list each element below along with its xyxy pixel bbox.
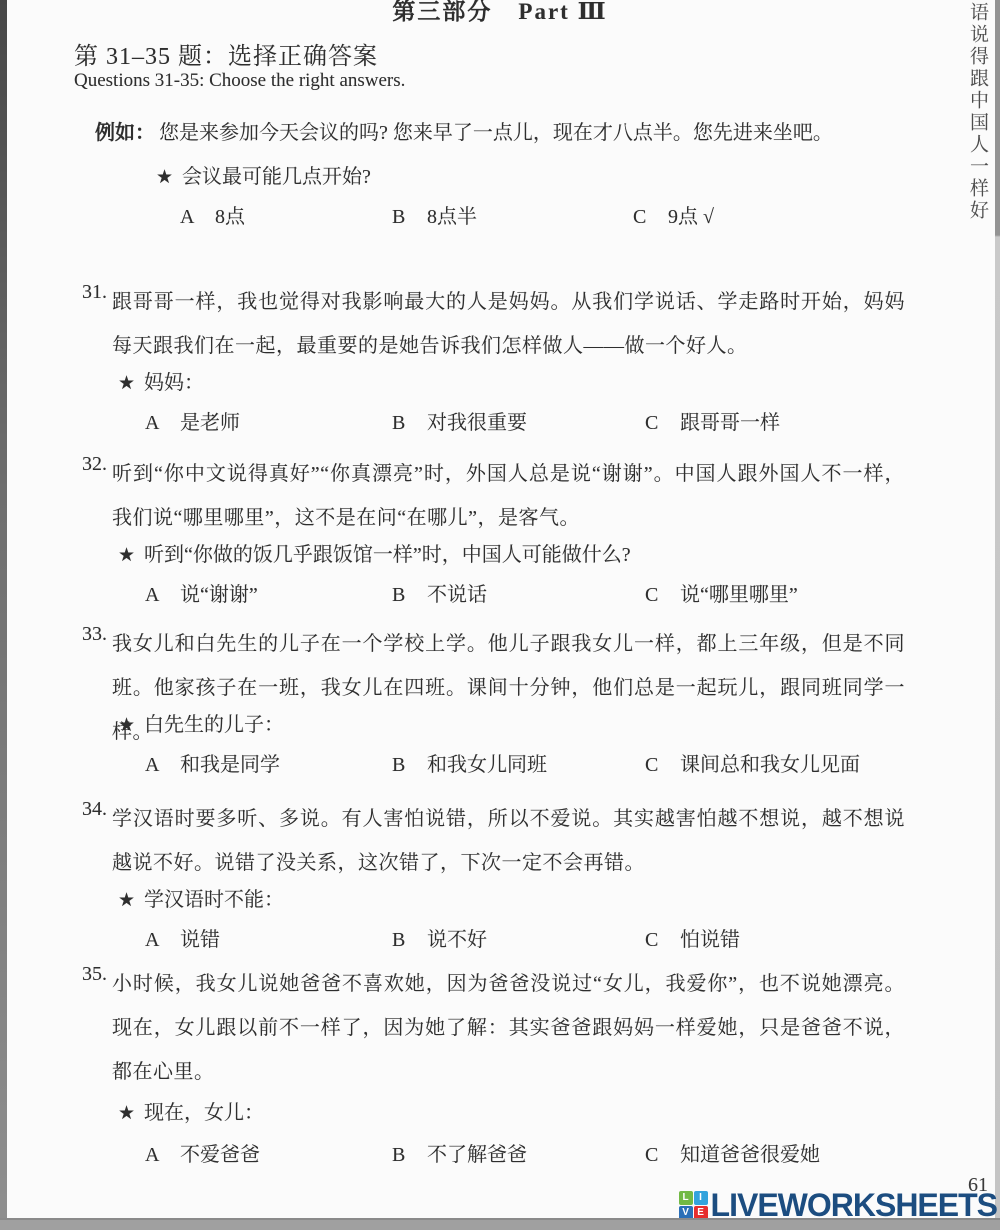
option-text: 不了解爸爸 [427, 1144, 527, 1166]
star-icon: ★ [118, 373, 135, 394]
question-prompt-line: ★妈妈： [118, 366, 204, 395]
option-letter: C [645, 1144, 663, 1167]
question-passage: 听到“你中文说得真好”“你真漂亮”时，外国人总是说“谢谢”。中国人跟外国人不一样… [112, 452, 905, 540]
question-prompt: 学汉语时不能： [144, 889, 284, 911]
example-option-c[interactable]: C9点 √ [633, 200, 714, 229]
brand-wordmark: LIVEWORKSHEETS [711, 1189, 997, 1221]
option-letter: B [392, 754, 410, 777]
question-35: 35. 小时候，我女儿说她爸爸不喜欢她，因为爸爸没说过“女儿，我爱你”，也不说她… [0, 962, 1000, 1172]
question-number: 32. [82, 453, 107, 476]
option-text: 和我是同学 [180, 754, 280, 776]
example-passage: 您是来参加今天会议的吗? 您来早了一点儿，现在才八点半。您先进来坐吧。 [159, 122, 833, 144]
options-row: A和我是同学 B和我女儿同班 C课间总和我女儿见面 [0, 748, 1000, 778]
q31-option-c[interactable]: C跟哥哥一样 [645, 406, 780, 435]
option-letter: A [145, 584, 163, 607]
q35-option-b[interactable]: B不了解爸爸 [392, 1138, 527, 1167]
example-option-a[interactable]: A8点 [180, 200, 245, 229]
question-prompt-line: ★听到“你做的饭几乎跟饭馆一样”时，中国人可能做什么? [118, 538, 631, 567]
option-letter: A [145, 412, 163, 435]
option-letter: B [392, 1144, 410, 1167]
example-option-b[interactable]: B8点半 [392, 200, 477, 229]
option-letter: B [392, 412, 410, 435]
option-letter: C [645, 929, 663, 952]
logo-squares-icon: L I V E [679, 1191, 708, 1220]
q31-option-a[interactable]: A是老师 [145, 406, 240, 435]
example-question: 会议最可能几点开始? [182, 166, 371, 188]
option-text: 对我很重要 [427, 412, 527, 434]
star-icon: ★ [118, 545, 135, 566]
question-number: 34. [82, 798, 107, 821]
options-row: A说“谢谢” B不说话 C说“哪里哪里” [0, 578, 1000, 608]
question-passage: 跟哥哥一样，我也觉得对我影响最大的人是妈妈。从我们学说话、学走路时开始，妈妈每天… [112, 280, 905, 368]
question-number: 31. [82, 281, 107, 304]
logo-square-l: L [679, 1191, 693, 1205]
q32-option-b[interactable]: B不说话 [392, 578, 487, 607]
q33-option-c[interactable]: C课间总和我女儿见面 [645, 748, 860, 777]
option-text: 怕说错 [680, 929, 740, 951]
option-letter: C [633, 206, 651, 229]
option-letter: C [645, 754, 663, 777]
q34-option-a[interactable]: A说错 [145, 923, 220, 952]
question-33: 33. 我女儿和白先生的儿子在一个学校上学。他儿子跟我女儿一样，都上三年级，但是… [0, 622, 1000, 782]
option-letter: A [180, 206, 198, 229]
options-row: A是老师 B对我很重要 C跟哥哥一样 [0, 406, 1000, 436]
section-title: 第 31–35 题：选择正确答案 [74, 36, 378, 71]
question-prompt: 听到“你做的饭几乎跟饭馆一样”时，中国人可能做什么? [144, 544, 631, 566]
q35-option-c[interactable]: C知道爸爸很爱她 [645, 1138, 820, 1167]
question-passage: 小时候，我女儿说她爸爸不喜欢她，因为爸爸没说过“女儿，我爱你”，也不说她漂亮。现… [112, 962, 905, 1094]
example-options-row: A8点 B8点半 C9点 √ [0, 200, 1000, 230]
question-prompt-line: ★学汉语时不能： [118, 883, 284, 912]
option-text: 说不好 [427, 929, 487, 951]
liveworksheets-logo: L I V E LIVEWORKSHEETS [679, 1189, 997, 1221]
example-block: 例如：您是来参加今天会议的吗? 您来早了一点儿，现在才八点半。您先进来坐吧。 ★… [0, 116, 1000, 234]
q33-option-b[interactable]: B和我女儿同班 [392, 748, 547, 777]
option-text: 8点半 [427, 206, 477, 228]
star-icon: ★ [118, 1103, 135, 1124]
option-text: 8点 [215, 206, 245, 228]
option-letter: A [145, 754, 163, 777]
option-text: 知道爸爸很爱她 [680, 1144, 820, 1166]
logo-square-i: I [694, 1191, 708, 1205]
option-text: 不说话 [427, 584, 487, 606]
q34-option-c[interactable]: C怕说错 [645, 923, 740, 952]
option-text: 是老师 [180, 412, 240, 434]
q33-option-a[interactable]: A和我是同学 [145, 748, 280, 777]
option-text: 9点 √ [668, 206, 714, 228]
bottom-bar [0, 1218, 1000, 1230]
part-header-en: Part Ⅲ [518, 0, 607, 24]
worksheet-page: 第三部分Part Ⅲ 第 31–35 题：选择正确答案 Questions 31… [0, 0, 1000, 1230]
star-icon: ★ [156, 167, 173, 188]
option-letter: C [645, 584, 663, 607]
options-row: A不爱爸爸 B不了解爸爸 C知道爸爸很爱她 [0, 1138, 1000, 1168]
question-number: 35. [82, 963, 107, 986]
question-prompt: 现在，女儿： [144, 1102, 264, 1124]
question-prompt-line: ★现在，女儿： [118, 1096, 264, 1125]
question-31: 31. 跟哥哥一样，我也觉得对我影响最大的人是妈妈。从我们学说话、学走路时开始，… [0, 280, 1000, 440]
star-icon: ★ [118, 715, 135, 736]
q32-option-a[interactable]: A说“谢谢” [145, 578, 258, 607]
question-passage: 学汉语时要多听、多说。有人害怕说错，所以不爱说。其实越害怕越不想说，越不想说越说… [112, 797, 905, 885]
option-text: 不爱爸爸 [180, 1144, 260, 1166]
vertical-side-text: 语说得跟中国人一样好 [964, 2, 991, 222]
option-text: 说错 [180, 929, 220, 951]
options-row: A说错 B说不好 C怕说错 [0, 923, 1000, 953]
option-letter: C [645, 412, 663, 435]
option-text: 和我女儿同班 [427, 754, 547, 776]
option-text: 说“哪里哪里” [680, 584, 798, 606]
part-header-cn: 第三部分 [392, 0, 492, 24]
option-text: 跟哥哥一样 [680, 412, 780, 434]
question-number: 33. [82, 623, 107, 646]
question-prompt: 白先生的儿子： [144, 714, 284, 736]
option-text: 说“谢谢” [180, 584, 258, 606]
example-label: 例如： [95, 122, 155, 144]
option-letter: A [145, 1144, 163, 1167]
option-letter: A [145, 929, 163, 952]
example-question-line: ★会议最可能几点开始? [156, 160, 371, 189]
section-subtitle: Questions 31-35: Choose the right answer… [74, 70, 405, 92]
question-prompt-line: ★白先生的儿子： [118, 708, 284, 737]
option-letter: B [392, 206, 410, 229]
q32-option-c[interactable]: C说“哪里哪里” [645, 578, 798, 607]
question-prompt: 妈妈： [144, 372, 204, 394]
option-letter: B [392, 929, 410, 952]
option-text: 课间总和我女儿见面 [680, 754, 860, 776]
star-icon: ★ [118, 890, 135, 911]
question-34: 34. 学汉语时要多听、多说。有人害怕说错，所以不爱说。其实越害怕越不想说，越不… [0, 797, 1000, 957]
part-header: 第三部分Part Ⅲ [392, 0, 607, 26]
q31-option-b[interactable]: B对我很重要 [392, 406, 527, 435]
q35-option-a[interactable]: A不爱爸爸 [145, 1138, 260, 1167]
question-32: 32. 听到“你中文说得真好”“你真漂亮”时，外国人总是说“谢谢”。中国人跟外国… [0, 452, 1000, 612]
q34-option-b[interactable]: B说不好 [392, 923, 487, 952]
option-letter: B [392, 584, 410, 607]
example-passage-line: 例如：您是来参加今天会议的吗? 您来早了一点儿，现在才八点半。您先进来坐吧。 [95, 116, 833, 145]
